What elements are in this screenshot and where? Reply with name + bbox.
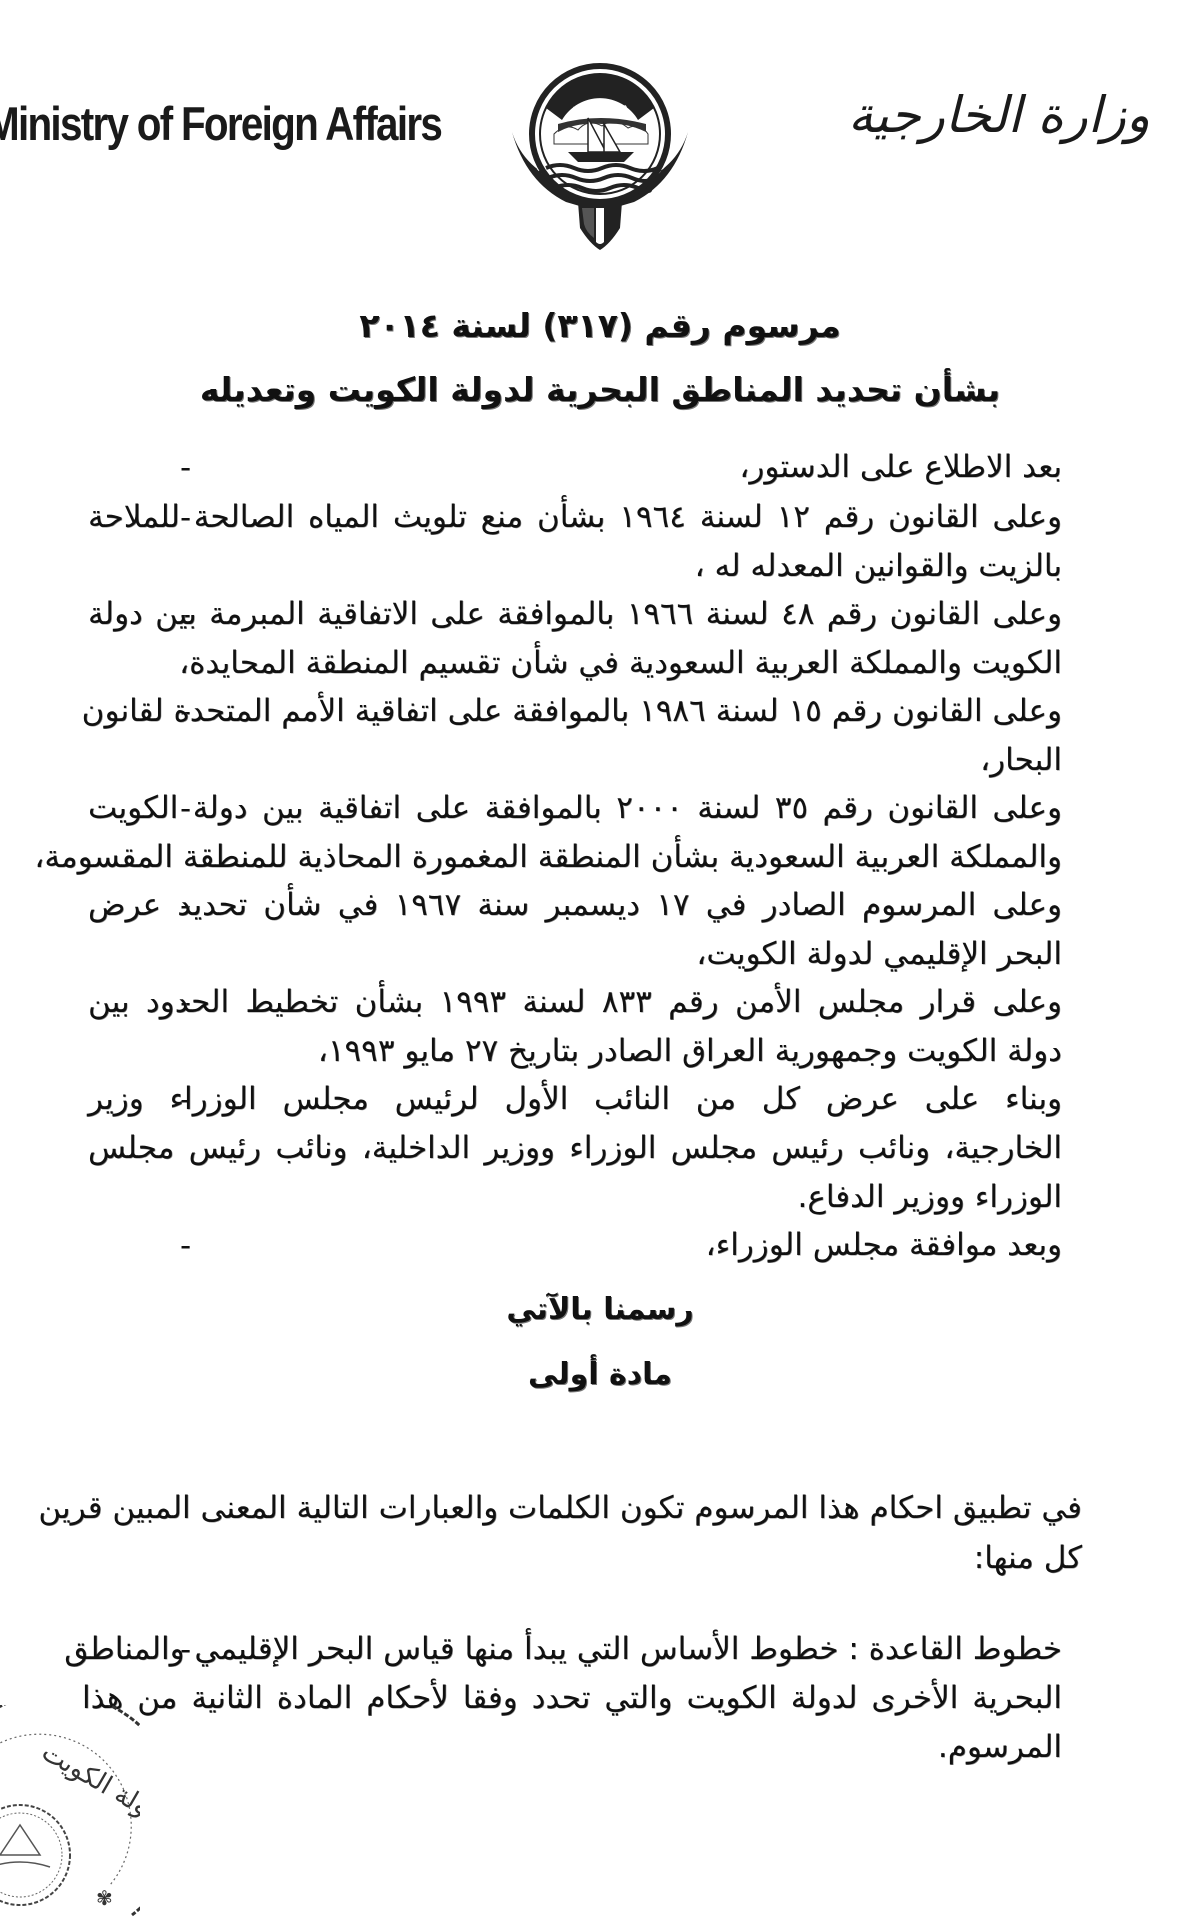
svg-text:دولة الكويت: دولة الكويت [37,1737,141,1828]
definition-line: المرسوم. [938,1729,1062,1765]
preamble-line: والمملكة العربية السعودية بشأن المنطقة ا… [34,839,1062,875]
preamble-line: وعلى القانون رقم ١٢ لسنة ١٩٦٤ بشأن منع ت… [88,499,1062,535]
preamble-line: وعلى القانون رقم ١٥ لسنة ١٩٨٦ بالموافقة … [88,693,1062,729]
english-ministry-title: Ministry of Foreign Affairs [0,96,441,151]
preamble-line: بالزيت والقوانين المعدله له ، [695,548,1062,584]
preamble-line: وعلى المرسوم الصادر في ١٧ ديسمبر سنة ١٩٦… [88,887,1062,923]
arabic-ministry-title: وزارة الخارجية [848,86,1150,144]
article-intro-line: في تطبيق احكام هذا المرسوم تكون الكلمات … [82,1490,1082,1526]
decree-heading: رسمنا بالآتي [0,1292,1200,1327]
preamble-line: وبعد موافقة مجلس الوزراء، [706,1227,1062,1263]
preamble-line: وعلى قرار مجلس الأمن رقم ٨٣٣ لسنة ١٩٩٣ ب… [88,984,1062,1020]
article-heading: مادة أولى [0,1357,1200,1392]
bullet-dash: - [180,450,200,486]
decree-title: مرسوم رقم (٣١٧) لسنة ٢٠١٤ [0,306,1200,345]
preamble-line: الكويت والمملكة العربية السعودية في شأن … [179,645,1062,681]
preamble-line: الوزراء ووزير الدفاع. [798,1179,1063,1215]
official-seal-icon: دولة الكويت ✾ [0,1705,140,1917]
bullet-dash: - [180,1228,200,1264]
preamble-line: البحار، [980,742,1062,778]
definition-line: البحرية الأخرى لدولة الكويت والتي تحدد و… [82,1680,1062,1716]
kuwait-emblem-icon: دولة الكويت [506,52,694,252]
svg-text:✾: ✾ [96,1886,113,1910]
preamble-line: وبناء على عرض كل من النائب الأول لرئيس م… [88,1081,1062,1117]
preamble-line: دولة الكويت وجمهورية العراق الصادر بتاري… [318,1033,1062,1069]
preamble-line: البحر الإقليمي لدولة الكويت، [696,936,1062,972]
preamble-line: وعلى القانون رقم ٤٨ لسنة ١٩٦٦ بالموافقة … [88,596,1062,632]
decree-subtitle: بشأن تحديد المناطق البحرية لدولة الكويت … [0,370,1200,409]
svg-text:دولة الكويت: دولة الكويت [573,100,628,113]
definition-line: خطوط القاعدة : خطوط الأساس التي يبدأ منه… [82,1631,1062,1667]
preamble-line: الخارجية، ونائب رئيس مجلس الوزراء ووزير … [88,1130,1062,1166]
preamble-line: بعد الاطلاع على الدستور، [739,449,1062,485]
preamble-line: وعلى القانون رقم ٣٥ لسنة ٢٠٠٠ بالموافقة … [88,790,1062,826]
article-intro-line: كل منها: [974,1540,1082,1576]
